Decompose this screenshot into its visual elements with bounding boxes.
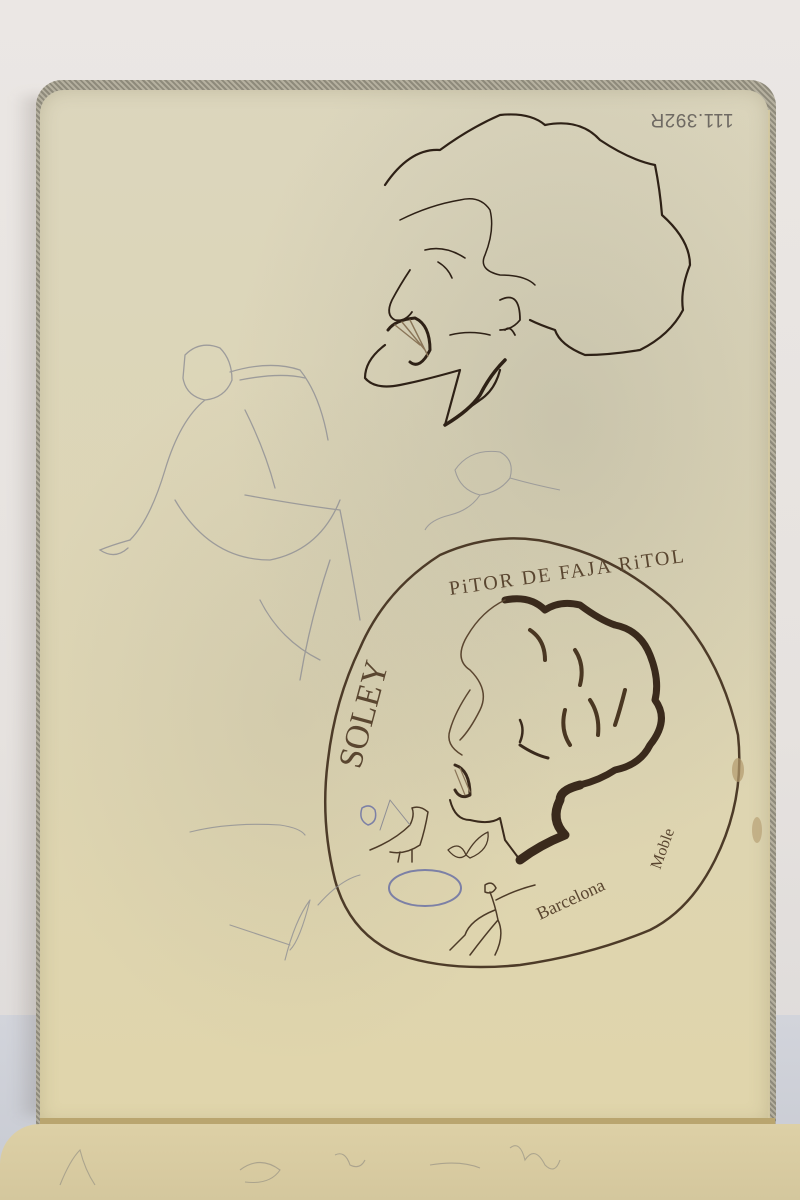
ink-stain (752, 817, 762, 843)
pencil-head-sketch (425, 451, 560, 530)
inscription-left: SOLEY (332, 657, 396, 772)
ink-caricature-head (365, 114, 690, 425)
inscription-right: Moble (648, 826, 678, 871)
ink-stain (732, 758, 744, 782)
facing-page-sketches (60, 1146, 560, 1185)
inscription-top: PiTOR DE FAJA RiTOL (448, 545, 687, 600)
sketch-drawings: SOLEY PiTOR DE FAJA RiTOL Moble Barcelon… (0, 0, 800, 1200)
pencil-figure-sketch (100, 345, 360, 680)
ink-medallion (190, 538, 739, 967)
inscription-bottom: Barcelona (533, 875, 608, 924)
